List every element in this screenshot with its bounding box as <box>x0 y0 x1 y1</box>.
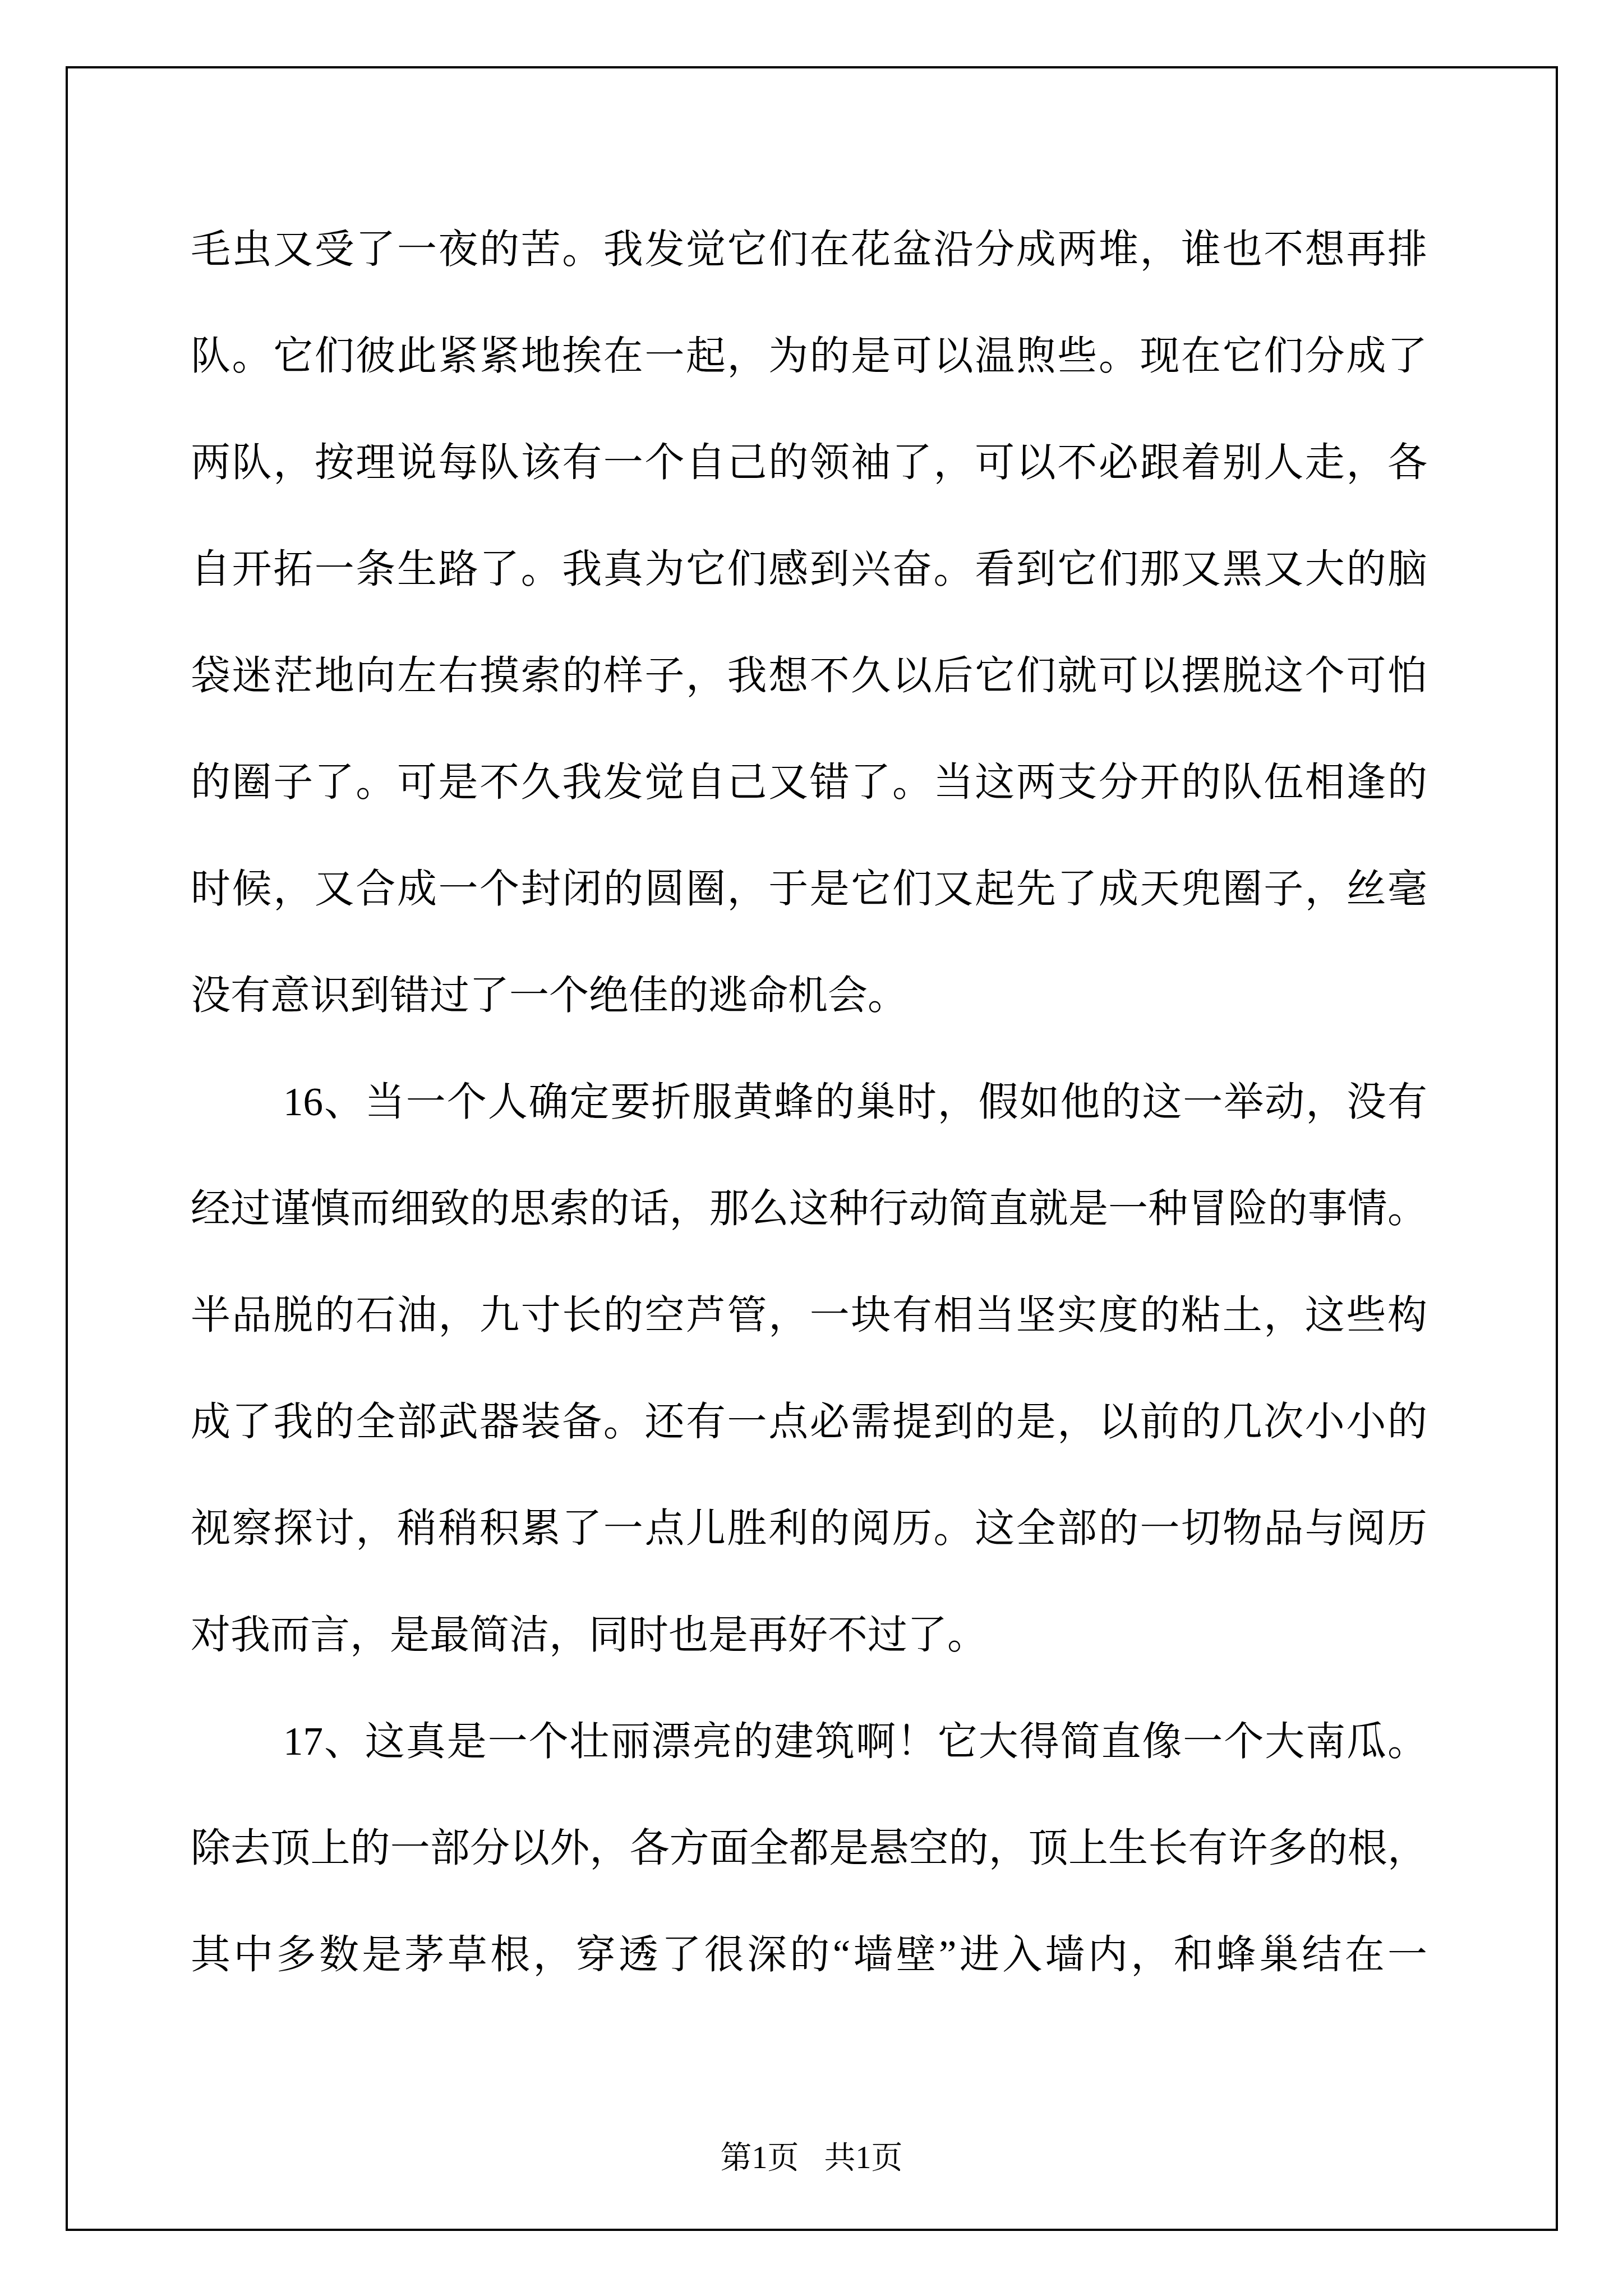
text-line-paragraph-start-17: 17、这真是一个壮丽漂亮的建筑啊！它大得简直像一个大南瓜。 <box>191 1688 1427 1795</box>
text-line: 其中多数是茅草根，穿透了很深的“墙壁”进入墙内，和蜂巢结在一 <box>191 1902 1427 2008</box>
text-line: 半品脱的石油，九寸长的空芦管，一块有相当坚实度的粘土，这些构 <box>191 1262 1427 1369</box>
text-line: 视察探讨，稍稍积累了一点儿胜利的阅历。这全部的一切物品与阅历 <box>191 1475 1427 1582</box>
page-number-current: 第1页 <box>721 2141 799 2175</box>
page-number-total: 共1页 <box>824 2141 903 2175</box>
text-line: 成了我的全部武器装备。还有一点必需提到的是，以前的几次小小的 <box>191 1369 1427 1475</box>
text-line: 经过谨慎而细致的思索的话，那么这种行动简直就是一种冒险的事情。 <box>191 1156 1427 1262</box>
text-line-paragraph-end: 对我而言，是最简洁，同时也是再好不过了。 <box>191 1582 1427 1688</box>
text-line: 袋迷茫地向左右摸索的样子，我想不久以后它们就可以摆脱这个可怕 <box>191 623 1427 729</box>
text-line-paragraph-start-16: 16、当一个人确定要折服黄蜂的巢时，假如他的这一举动，没有 <box>191 1049 1427 1156</box>
text-line: 毛虫又受了一夜的苦。我发觉它们在花盆沿分成两堆，谁也不想再排 <box>191 196 1427 303</box>
text-line: 队。它们彼此紧紧地挨在一起，为的是可以温煦些。现在它们分成了 <box>191 303 1427 409</box>
text-line: 自开拓一条生路了。我真为它们感到兴奋。看到它们那又黑又大的脑 <box>191 516 1427 623</box>
text-line-paragraph-end: 没有意识到错过了一个绝佳的逃命机会。 <box>191 942 1427 1049</box>
page-footer: 第1页共1页 <box>0 2138 1623 2178</box>
document-text-block: 毛虫又受了一夜的苦。我发觉它们在花盆沿分成两堆，谁也不想再排 队。它们彼此紧紧地… <box>191 196 1427 2008</box>
text-line: 的圈子了。可是不久我发觉自己又错了。当这两支分开的队伍相逢的 <box>191 729 1427 836</box>
text-line: 除去顶上的一部分以外，各方面全都是悬空的，顶上生长有许多的根， <box>191 1795 1427 1902</box>
text-line: 时候，又合成一个封闭的圆圈，于是它们又起先了成天兜圈子，丝毫 <box>191 836 1427 942</box>
text-line: 两队，按理说每队该有一个自己的领袖了，可以不必跟着别人走，各 <box>191 409 1427 516</box>
